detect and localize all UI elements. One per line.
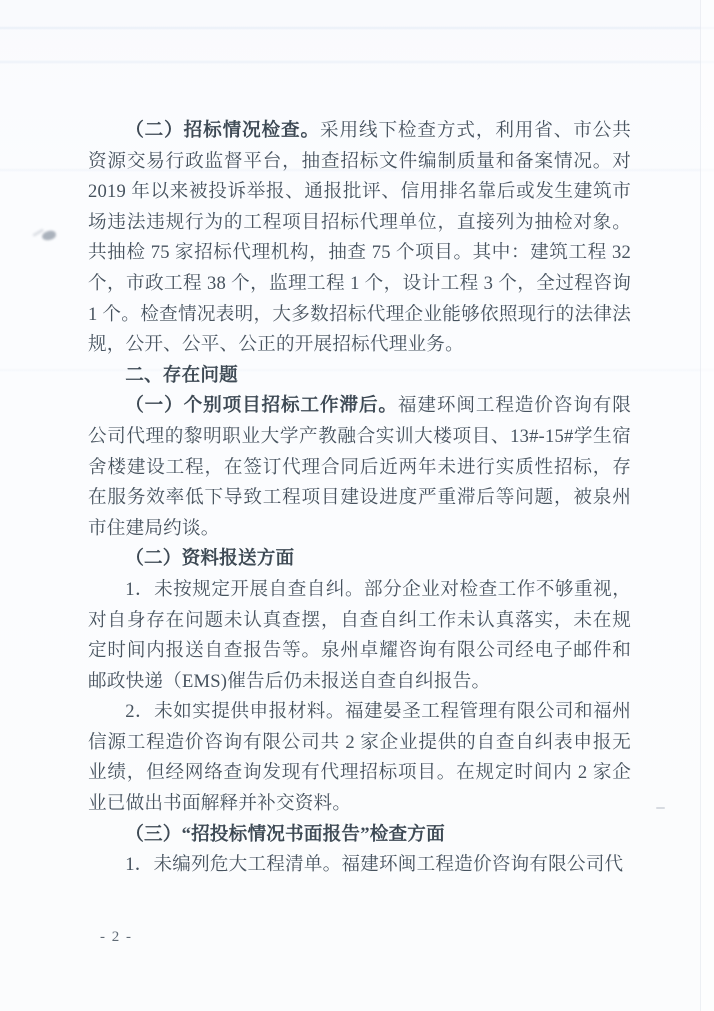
heading-text: （三）“招投标情况书面报告”检查方面 <box>125 824 445 845</box>
paragraph-missing-danger-list: 1．未编列危大工程清单。福建环闽工程造价咨询有限公司代 <box>88 850 631 881</box>
ink-speck-artifact <box>41 230 57 242</box>
heading-text: （二）资料报送方面 <box>125 548 294 569</box>
heading-material-submission: （二）资料报送方面 <box>88 544 631 575</box>
heading-existing-problems: 二、存在问题 <box>88 361 631 392</box>
paragraph-false-declaration: 2．未如实提供申报材料。福建晏圣工程管理有限公司和福州信源工程造价咨询有限公司共… <box>88 697 631 819</box>
paragraph-bid-inspection: （二）招标情况检查。采用线下检查方式，利用省、市公共资源交易行政监督平台，抽查招… <box>88 116 631 361</box>
paragraph-project-delay: （一）个别项目招标工作滞后。福建环闽工程造价咨询有限公司代理的黎明职业大学产教融… <box>88 391 631 544</box>
smudge-artifact <box>656 807 665 809</box>
paragraph-text: 2．未如实提供申报材料。福建晏圣工程管理有限公司和福州信源工程造价咨询有限公司共… <box>88 701 631 814</box>
scan-streak-artifact <box>0 26 714 30</box>
page-number: - 2 - <box>100 927 133 947</box>
page-edge-shadow <box>700 0 714 1011</box>
scan-streak-artifact <box>0 60 714 64</box>
paragraph-lead-bold: （一）个别项目招标工作滞后。 <box>125 395 398 416</box>
heading-written-report-check: （三）“招投标情况书面报告”检查方面 <box>88 820 631 851</box>
scanned-document-page: （二）招标情况检查。采用线下检查方式，利用省、市公共资源交易行政监督平台，抽查招… <box>0 0 714 1011</box>
document-body: （二）招标情况检查。采用线下检查方式，利用省、市公共资源交易行政监督平台，抽查招… <box>88 116 631 881</box>
heading-text: 二、存在问题 <box>125 365 238 386</box>
paragraph-text: 1．未编列危大工程清单。福建环闽工程造价咨询有限公司代 <box>125 854 623 875</box>
paragraph-text: 采用线下检查方式，利用省、市公共资源交易行政监督平台，抽查招标文件编制质量和备案… <box>88 120 631 355</box>
paragraph-self-inspection: 1．未按规定开展自查自纠。部分企业对检查工作不够重视，对自身存在问题未认真查摆，… <box>88 575 631 697</box>
paragraph-text: 1．未按规定开展自查自纠。部分企业对检查工作不够重视，对自身存在问题未认真查摆，… <box>88 579 631 692</box>
paragraph-text: 福建环闽工程造价咨询有限公司代理的黎明职业大学产教融合实训大楼项目、13#-15… <box>88 395 631 538</box>
paragraph-lead-bold: （二）招标情况检查。 <box>125 120 320 141</box>
